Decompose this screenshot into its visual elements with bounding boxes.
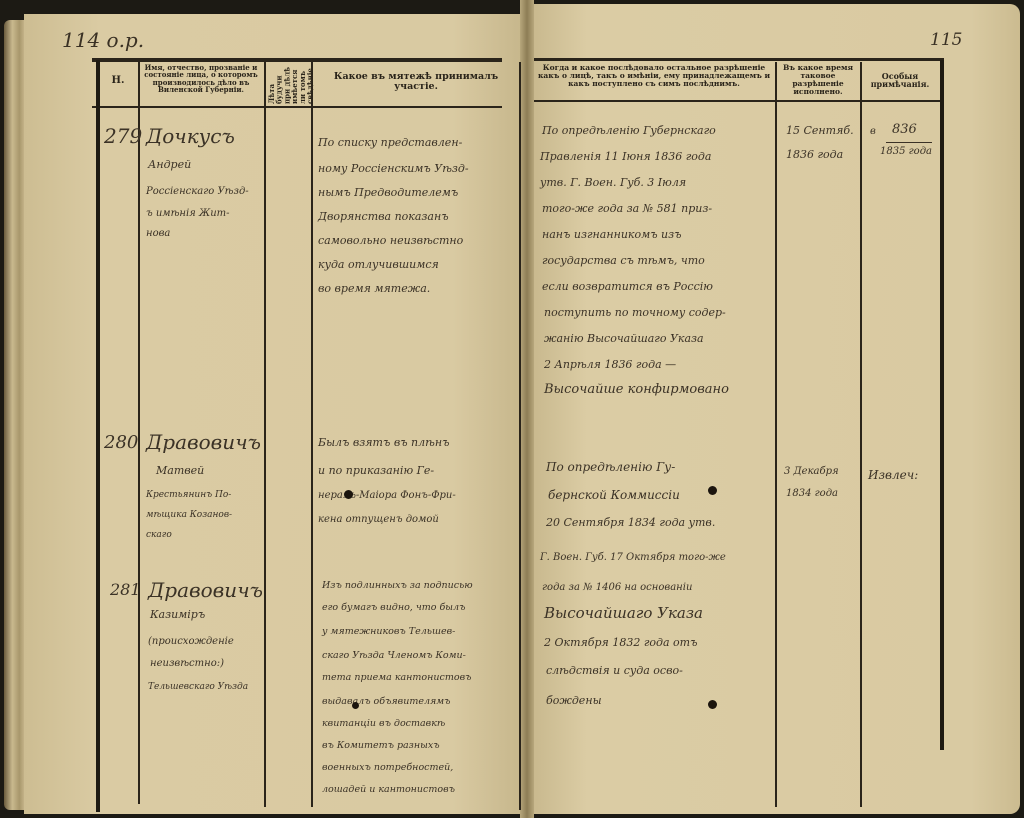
decision-line: По опредѣленію Губернскаго — [542, 124, 716, 137]
participation-line: Дворянства показанъ — [318, 210, 449, 223]
entry-surname: Дравовичъ — [148, 578, 263, 602]
participation-line: скаго Уѣзда Членомъ Коми- — [322, 650, 466, 661]
col-divider — [519, 62, 521, 810]
decision-line: слѣдствія и суда осво- — [546, 664, 683, 677]
right-header-rule — [534, 100, 944, 102]
entry-number: 279 — [104, 124, 142, 148]
decision-line: поступить по точному содер- — [544, 306, 726, 319]
entry-name-line: Казиміръ — [150, 608, 205, 621]
participation-line: и по приказанію Ге- — [318, 464, 434, 477]
book-spread: 114 о.р. 115 Н. Имя, отчество, прозваніе… — [0, 0, 1024, 818]
decision-line: жанію Высочайшаго Указа — [544, 332, 704, 345]
fraction-bar — [886, 142, 932, 143]
participation-line: нералъ-Маіора Фонъ-Фри- — [318, 490, 456, 501]
participation-line: Былъ взятъ въ плѣнъ — [318, 436, 449, 449]
participation-line: въ Комитетъ разныхъ — [322, 740, 440, 751]
participation-line: его бумагъ видно, что былъ — [322, 602, 465, 613]
entry-surname: Дочкусъ — [146, 124, 235, 148]
header-name: Имя, отчество, прозваніе и состояніе лиц… — [140, 64, 262, 93]
left-outer-border — [96, 60, 100, 812]
participation-line: военныхъ потребностей, — [322, 762, 453, 773]
decision-line: года за № 1406 на основаніи — [542, 582, 692, 593]
participation-line: выдавалъ объявителямъ — [322, 696, 451, 707]
participation-line: нымъ Предводителемъ — [318, 186, 458, 199]
participation-line: лошадей и кантонистовъ — [322, 784, 455, 795]
left-folio: 114 о.р. — [62, 28, 144, 52]
header-age: Лѣта будучи при дѣлѣ имѣется ли томъ свѣ… — [268, 64, 314, 104]
header-participation: Какое въ мятежѣ принималъ участіе. — [314, 72, 518, 92]
remarks-text: Извлеч: — [868, 468, 918, 482]
header-number: Н. — [100, 76, 136, 87]
entry-number: 281 — [110, 580, 141, 599]
entry-name-line: Крестьянинъ По- — [146, 490, 231, 500]
decision-line: По опредѣленію Гу- — [546, 460, 675, 474]
remarks-prefix: в — [870, 126, 876, 137]
decision-line: 20 Сентября 1834 года утв. — [546, 516, 715, 529]
decision-line: Г. Воен. Губ. 17 Октября того-же — [540, 552, 726, 563]
decision-line: Высочайшаго Указа — [544, 604, 703, 622]
decision-line: Правленія 11 Іюня 1836 года — [540, 150, 711, 163]
decision-line: нанъ изгнанникомъ изъ — [542, 228, 681, 241]
decision-line: бождены — [546, 694, 602, 707]
entry-name-line: (происхожденіе — [148, 636, 234, 647]
left-header-rule — [92, 106, 502, 108]
entry-name-line: Тельшевскаго Уѣзда — [148, 682, 248, 692]
executed-line: 3 Декабря — [784, 466, 839, 477]
col-divider — [775, 62, 777, 807]
entry-name-line: неизвѣстно:) — [150, 658, 224, 669]
participation-line: По списку представлен- — [318, 136, 462, 149]
participation-line: во время мятежа. — [318, 282, 430, 295]
participation-line: у мятежниковъ Тельшев- — [322, 626, 455, 637]
participation-line: куда отлучившимся — [318, 258, 439, 271]
participation-line: Изъ подлинныхъ за подписью — [322, 580, 473, 591]
entry-name-line: ъ имѣнія Жит- — [146, 208, 230, 219]
executed-line: 1834 года — [786, 488, 838, 499]
header-decision: Когда и какое послѣдовало остальное разр… — [534, 64, 774, 88]
decision-line: того-же года за № 581 приз- — [542, 202, 712, 215]
participation-line: кена отпущенъ домой — [318, 514, 439, 525]
entry-name-line: Россіенскаго Уѣзд- — [146, 186, 249, 197]
book-gutter — [520, 0, 534, 818]
executed-line: 1836 года — [786, 148, 843, 161]
right-top-rule — [534, 58, 944, 61]
ink-blot — [708, 486, 717, 495]
decision-line: Высочайше конфирмовано — [544, 382, 729, 397]
ink-blot — [708, 700, 717, 709]
participation-line: ному Россіенскимъ Уѣзд- — [318, 162, 469, 175]
decision-line: 2 Октября 1832 года отъ — [544, 636, 697, 649]
right-folio: 115 — [930, 30, 962, 50]
decision-line: если возвратится въ Россію — [542, 280, 713, 293]
col-divider — [311, 62, 313, 807]
right-outer-border — [940, 60, 944, 750]
entry-surname: Дравовичъ — [146, 430, 261, 454]
executed-line: 15 Сентяб. — [786, 124, 854, 137]
ink-blot — [352, 702, 359, 709]
col-divider — [264, 62, 266, 807]
ink-blot — [344, 490, 353, 499]
remarks-numerator: 836 — [892, 122, 917, 137]
entry-name-line: нова — [146, 228, 170, 239]
entry-name-line: Андрей — [148, 158, 191, 171]
header-remarks: Особыя примѣчанія. — [862, 72, 938, 89]
entry-name-line: мѣщика Козанов- — [146, 510, 232, 520]
remarks-denominator: 1835 года — [880, 146, 932, 157]
entry-name-line: скаго — [146, 530, 172, 540]
decision-line: утв. Г. Воен. Губ. 3 Іюля — [540, 176, 686, 189]
decision-line: государства съ тѣмъ, что — [542, 254, 705, 267]
decision-line: 2 Апрѣля 1836 года — — [544, 358, 676, 371]
entry-number: 280 — [104, 432, 138, 453]
participation-line: тета приема кантонистовъ — [322, 672, 471, 683]
col-divider — [860, 62, 862, 807]
left-top-rule — [92, 58, 502, 62]
entry-name-line: Матвей — [156, 464, 204, 477]
participation-line: самовольно неизвѣстно — [318, 234, 463, 247]
decision-line: бернской Коммиссіи — [548, 488, 680, 502]
participation-line: квитанціи въ доставкѣ — [322, 718, 445, 729]
header-executed: Въ какое время таковое разрѣшеніе исполн… — [777, 64, 859, 96]
